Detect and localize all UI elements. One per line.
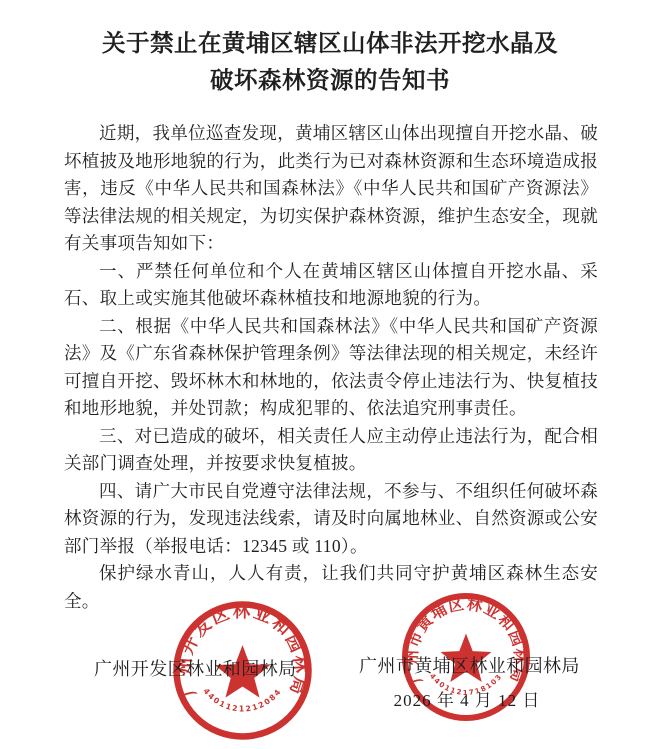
- paragraph-item-2: 二、根据《中华人民共和国森林法》《中华人民共和国矿产资源法》及《广东省森林保护管…: [64, 313, 598, 423]
- document-page: 关于禁止在黄埔区辖区山体非法开挖水晶及 破坏森林资源的告知书 近期，我单位巡查发…: [0, 0, 660, 749]
- paragraph-item-3: 三、对已造成的破坏，相关责任人应主动停止违法行为，配合相关部门调查处理，并按要求…: [64, 423, 598, 478]
- signature-date: 2026 年 4 月 12 日: [359, 686, 575, 711]
- title-line-1: 关于禁止在黄埔区辖区山体非法开挖水晶及: [30, 26, 630, 63]
- document-title: 关于禁止在黄埔区辖区山体非法开挖水晶及 破坏森林资源的告知书: [30, 26, 630, 100]
- document-body: 近期，我单位巡查发现，黄埔区辖区山体出现擅自开挖水晶、破坏植披及地形地貌的行为，…: [64, 120, 598, 615]
- signature-org-left: 广州开发区林业和园林局: [94, 655, 296, 681]
- signature-org-right: 广州市黄埔区林业和园林局: [359, 652, 580, 678]
- seal-code-left: 4401121212084: [201, 686, 283, 713]
- paragraph-item-1: 一、严禁任何单位和个人在黄埔区辖区山体擅自开挖水晶、采石、取上或实施其他破坏森林…: [64, 258, 598, 313]
- svg-text:4401121212084: 4401121212084: [201, 686, 283, 713]
- title-line-2: 破坏森林资源的告知书: [30, 63, 630, 100]
- paragraph-intro: 近期，我单位巡查发现，黄埔区辖区山体出现擅自开挖水晶、破坏植披及地形地貌的行为，…: [64, 120, 598, 258]
- paragraph-item-4: 四、请广大市民自党遵守法律法规，不参与、不组织任何破坏森林资源的行为，发现违法线…: [64, 478, 598, 561]
